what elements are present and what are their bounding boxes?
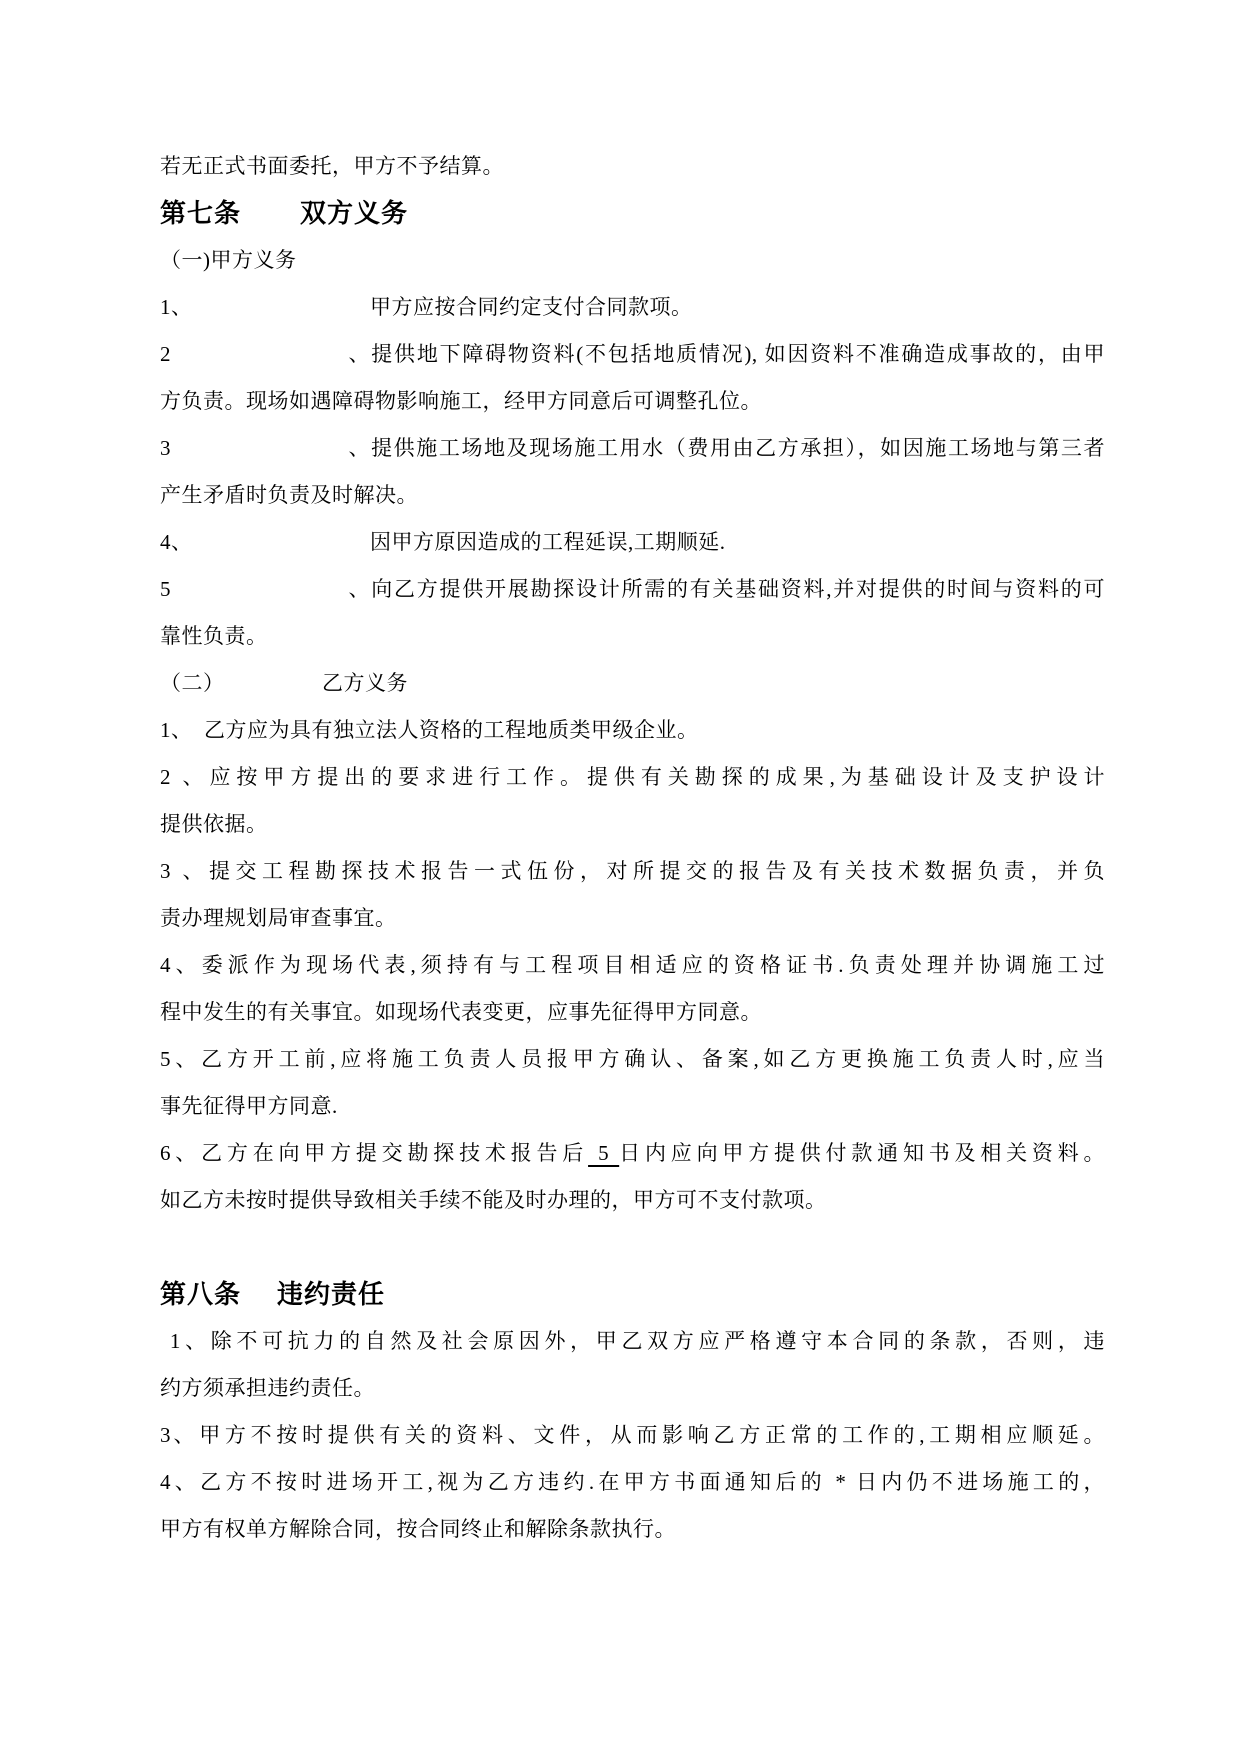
text-run: 约方须承担违约责任。 <box>160 1376 375 1400</box>
text-line: 1、除不可抗力的自然及社会原因外，甲乙双方应严格遵守本合同的条款，否则，违 <box>160 1318 1105 1365</box>
text-line: 方负责。现场如遇障碍物影响施工，经甲方同意后可调整孔位。 <box>160 378 1105 425</box>
underlined-value: 5 <box>588 1141 619 1165</box>
text-line: 若无正式书面委托，甲方不予结算。 <box>160 143 1105 190</box>
text-run: 方负责。现场如遇障碍物影响施工，经甲方同意后可调整孔位。 <box>160 389 762 413</box>
text-run: 提供地下障碍物资料(不包括地质情况), 如因资料不准确造成事故的，由甲 <box>370 342 1105 366</box>
list-number: 2、 <box>160 331 370 378</box>
text-line: 4、委派作为现场代表,须持有与工程项目相适应的资格证书.负责处理并协调施工过 <box>160 942 1105 989</box>
list-number: 第七条 <box>160 190 300 237</box>
text-line: 3、提供施工场地及现场施工用水（费用由乙方承担），如因施工场地与第三者 <box>160 425 1105 472</box>
text-line: 4、乙方不按时进场开工,视为乙方违约.在甲方书面通知后的 * 日内仍不进场施工的… <box>160 1459 1105 1506</box>
text-run: 双方义务 <box>300 199 408 228</box>
text-line: 约方须承担违约责任。 <box>160 1365 1105 1412</box>
text-line: 5、向乙方提供开展勘探设计所需的有关基础资料,并对提供的时间与资料的可 <box>160 566 1105 613</box>
text-run: 若无正式书面委托，甲方不予结算。 <box>160 154 504 178</box>
text-run: 甲方有权单方解除合同，按合同终止和解除条款执行。 <box>160 1517 676 1541</box>
blank-line <box>160 1224 1105 1271</box>
text-line: 事先征得甲方同意. <box>160 1083 1105 1130</box>
text-run: 应按甲方提出的要求进行工作。提供有关勘探的成果,为基础设计及支护设计 <box>204 765 1105 789</box>
contract-document-page: 若无正式书面委托，甲方不予结算。第七条双方义务（一)甲方义务1、甲方应按合同约定… <box>0 0 1241 1754</box>
text-run: 违约责任 <box>277 1280 385 1309</box>
text-run: 因甲方原因造成的工程延误,工期顺延. <box>370 530 726 554</box>
text-line: 3、甲方不按时提供有关的资料、文件，从而影响乙方正常的工作的,工期相应顺延。 <box>160 1412 1105 1459</box>
contract-body-text: 若无正式书面委托，甲方不予结算。第七条双方义务（一)甲方义务1、甲方应按合同约定… <box>160 143 1105 1553</box>
text-line: 甲方有权单方解除合同，按合同终止和解除条款执行。 <box>160 1506 1105 1553</box>
text-run: 向乙方提供开展勘探设计所需的有关基础资料,并对提供的时间与资料的可 <box>370 577 1105 601</box>
text-run: 程中发生的有关事宜。如现场代表变更，应事先征得甲方同意。 <box>160 1000 762 1024</box>
text-run: 日内应向甲方提供付款通知书及相关资料。 <box>619 1141 1105 1165</box>
text-line: 如乙方未按时提供导致相关手续不能及时办理的，甲方可不支付款项。 <box>160 1177 1105 1224</box>
text-line: 2、提供地下障碍物资料(不包括地质情况), 如因资料不准确造成事故的，由甲 <box>160 331 1105 378</box>
list-number: 3、 <box>160 848 204 895</box>
text-run: 责办理规划局审查事宜。 <box>160 906 397 930</box>
text-run: 4、乙方不按时进场开工,视为乙方违约.在甲方书面通知后的 * 日内仍不进场施工的… <box>160 1470 1105 1494</box>
list-number: （二） <box>160 660 322 707</box>
list-number: 3、 <box>160 425 370 472</box>
list-number: 3、 <box>160 1412 195 1459</box>
list-number: 第八条 <box>160 1271 277 1318</box>
text-run: 如乙方未按时提供导致相关手续不能及时办理的，甲方可不支付款项。 <box>160 1188 827 1212</box>
text-run: 提交工程勘探技术报告一式伍份，对所提交的报告及有关技术数据负责，并负 <box>204 859 1105 883</box>
list-number: 4、 <box>160 519 370 566</box>
subsection-1-heading: （一)甲方义务 <box>160 237 1105 284</box>
list-number: 5、 <box>160 566 370 613</box>
text-run: 事先征得甲方同意. <box>160 1094 338 1118</box>
text-run: 6、乙方在向甲方提交勘探技术报告后 <box>160 1141 588 1165</box>
article-7-heading: 第七条双方义务 <box>160 190 1105 237</box>
text-run: 4、委派作为现场代表,须持有与工程项目相适应的资格证书.负责处理并协调施工过 <box>160 953 1105 977</box>
text-run: 甲方应按合同约定支付合同款项。 <box>370 295 693 319</box>
text-run: 甲方不按时提供有关的资料、文件，从而影响乙方正常的工作的,工期相应顺延。 <box>195 1423 1105 1447</box>
text-run: 乙方义务 <box>322 671 408 695</box>
text-line: 1、乙方应为具有独立法人资格的工程地质类甲级企业。 <box>160 707 1105 754</box>
list-number: 2、 <box>160 754 204 801</box>
text-line: 责办理规划局审查事宜。 <box>160 895 1105 942</box>
text-run: 提供依据。 <box>160 812 268 836</box>
text-line: 4、因甲方原因造成的工程延误,工期顺延. <box>160 519 1105 566</box>
list-number: 1、 <box>160 707 204 754</box>
list-number: 1、 <box>160 284 370 331</box>
text-line: 靠性负责。 <box>160 613 1105 660</box>
text-run: 乙方应为具有独立法人资格的工程地质类甲级企业。 <box>204 718 699 742</box>
text-line: 6、乙方在向甲方提交勘探技术报告后 5 日内应向甲方提供付款通知书及相关资料。 <box>160 1130 1105 1177</box>
text-line: 程中发生的有关事宜。如现场代表变更，应事先征得甲方同意。 <box>160 989 1105 1036</box>
text-line: 1、甲方应按合同约定支付合同款项。 <box>160 284 1105 331</box>
text-run: （一)甲方义务 <box>160 248 297 272</box>
text-run: 靠性负责。 <box>160 624 268 648</box>
subsection-2-heading: （二）乙方义务 <box>160 660 1105 707</box>
text-run: 5、乙方开工前,应将施工负责人员报甲方确认、备案,如乙方更换施工负责人时,应当 <box>160 1047 1105 1071</box>
text-run: 1、除不可抗力的自然及社会原因外，甲乙双方应严格遵守本合同的条款，否则，违 <box>160 1329 1105 1353</box>
text-run: 产生矛盾时负责及时解决。 <box>160 483 418 507</box>
text-line: 提供依据。 <box>160 801 1105 848</box>
text-line: 产生矛盾时负责及时解决。 <box>160 472 1105 519</box>
text-run: 提供施工场地及现场施工用水（费用由乙方承担），如因施工场地与第三者 <box>370 436 1105 460</box>
article-8-heading: 第八条违约责任 <box>160 1271 1105 1318</box>
text-line: 3、提交工程勘探技术报告一式伍份，对所提交的报告及有关技术数据负责，并负 <box>160 848 1105 895</box>
text-line: 5、乙方开工前,应将施工负责人员报甲方确认、备案,如乙方更换施工负责人时,应当 <box>160 1036 1105 1083</box>
text-line: 2、应按甲方提出的要求进行工作。提供有关勘探的成果,为基础设计及支护设计 <box>160 754 1105 801</box>
